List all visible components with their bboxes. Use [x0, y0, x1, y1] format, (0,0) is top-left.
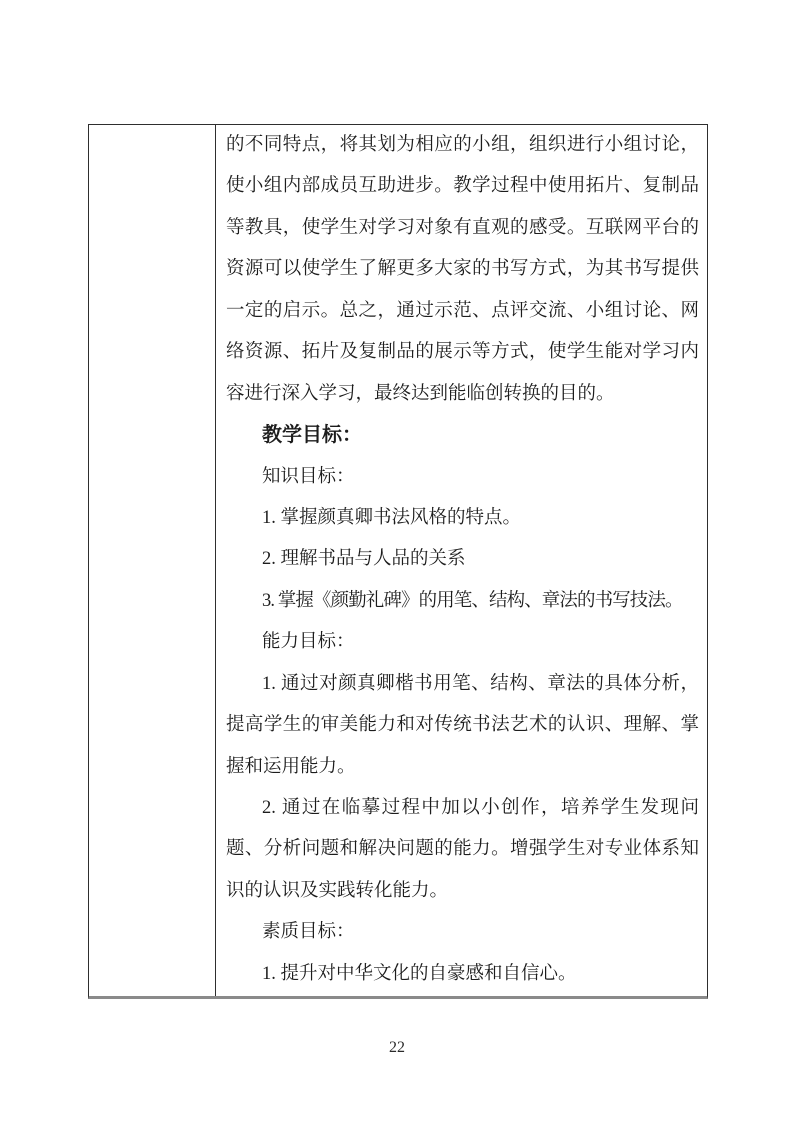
label-knowledge-objectives: 知识目标： — [226, 457, 699, 498]
text-line: 络资源、拓片及复制品的展示等方式，使学生能对学习内 — [226, 332, 699, 373]
document-page: 的不同特点，将其划为相应的小组，组织进行小组讨论， 使小组内部成员互助进步。教学… — [0, 0, 794, 1123]
list-item: 1. 通过对颜真卿楷书用笔、结构、章法的具体分析， — [226, 664, 699, 705]
text-line: 容进行深入学习，最终达到能临创转换的目的。 — [226, 374, 699, 415]
page-number: 22 — [0, 1039, 794, 1057]
lesson-plan-table: 的不同特点，将其划为相应的小组，组织进行小组讨论， 使小组内部成员互助进步。教学… — [88, 124, 708, 999]
list-item: 3. 掌握《颜勤礼碑》的用笔、结构、章法的书写技法。 — [226, 581, 699, 622]
text-line: 提高学生的审美能力和对传统书法艺术的认识、理解、掌 — [226, 705, 699, 746]
text-line: 使小组内部成员互助进步。教学过程中使用拓片、复制品 — [226, 166, 699, 207]
label-quality-objectives: 素质目标： — [226, 912, 699, 953]
list-item: 1. 掌握颜真卿书法风格的特点。 — [226, 498, 699, 539]
text-line: 的不同特点，将其划为相应的小组，组织进行小组讨论， — [226, 125, 699, 166]
list-item: 2. 通过在临摹过程中加以小创作，培养学生发现问 — [226, 788, 699, 829]
table-content-cell: 的不同特点，将其划为相应的小组，组织进行小组讨论， 使小组内部成员互助进步。教学… — [216, 125, 707, 996]
heading-teaching-objectives: 教学目标： — [226, 415, 699, 456]
text-line: 识的认识及实践转化能力。 — [226, 871, 699, 912]
text-line: 握和运用能力。 — [226, 747, 699, 788]
text-line: 一定的启示。总之，通过示范、点评交流、小组讨论、网 — [226, 291, 699, 332]
list-item: 1. 提升对中华文化的自豪感和自信心。 — [226, 954, 699, 995]
text-line: 题、分析问题和解决问题的能力。增强学生对专业体系知 — [226, 829, 699, 870]
list-item: 2. 理解书品与人品的关系 — [226, 539, 699, 580]
text-line: 资源可以使学生了解更多大家的书写方式，为其书写提供 — [226, 249, 699, 290]
label-ability-objectives: 能力目标： — [226, 622, 699, 663]
text-line: 等教具，使学生对学习对象有直观的感受。互联网平台的 — [226, 208, 699, 249]
table-row-label-cell — [89, 125, 216, 996]
